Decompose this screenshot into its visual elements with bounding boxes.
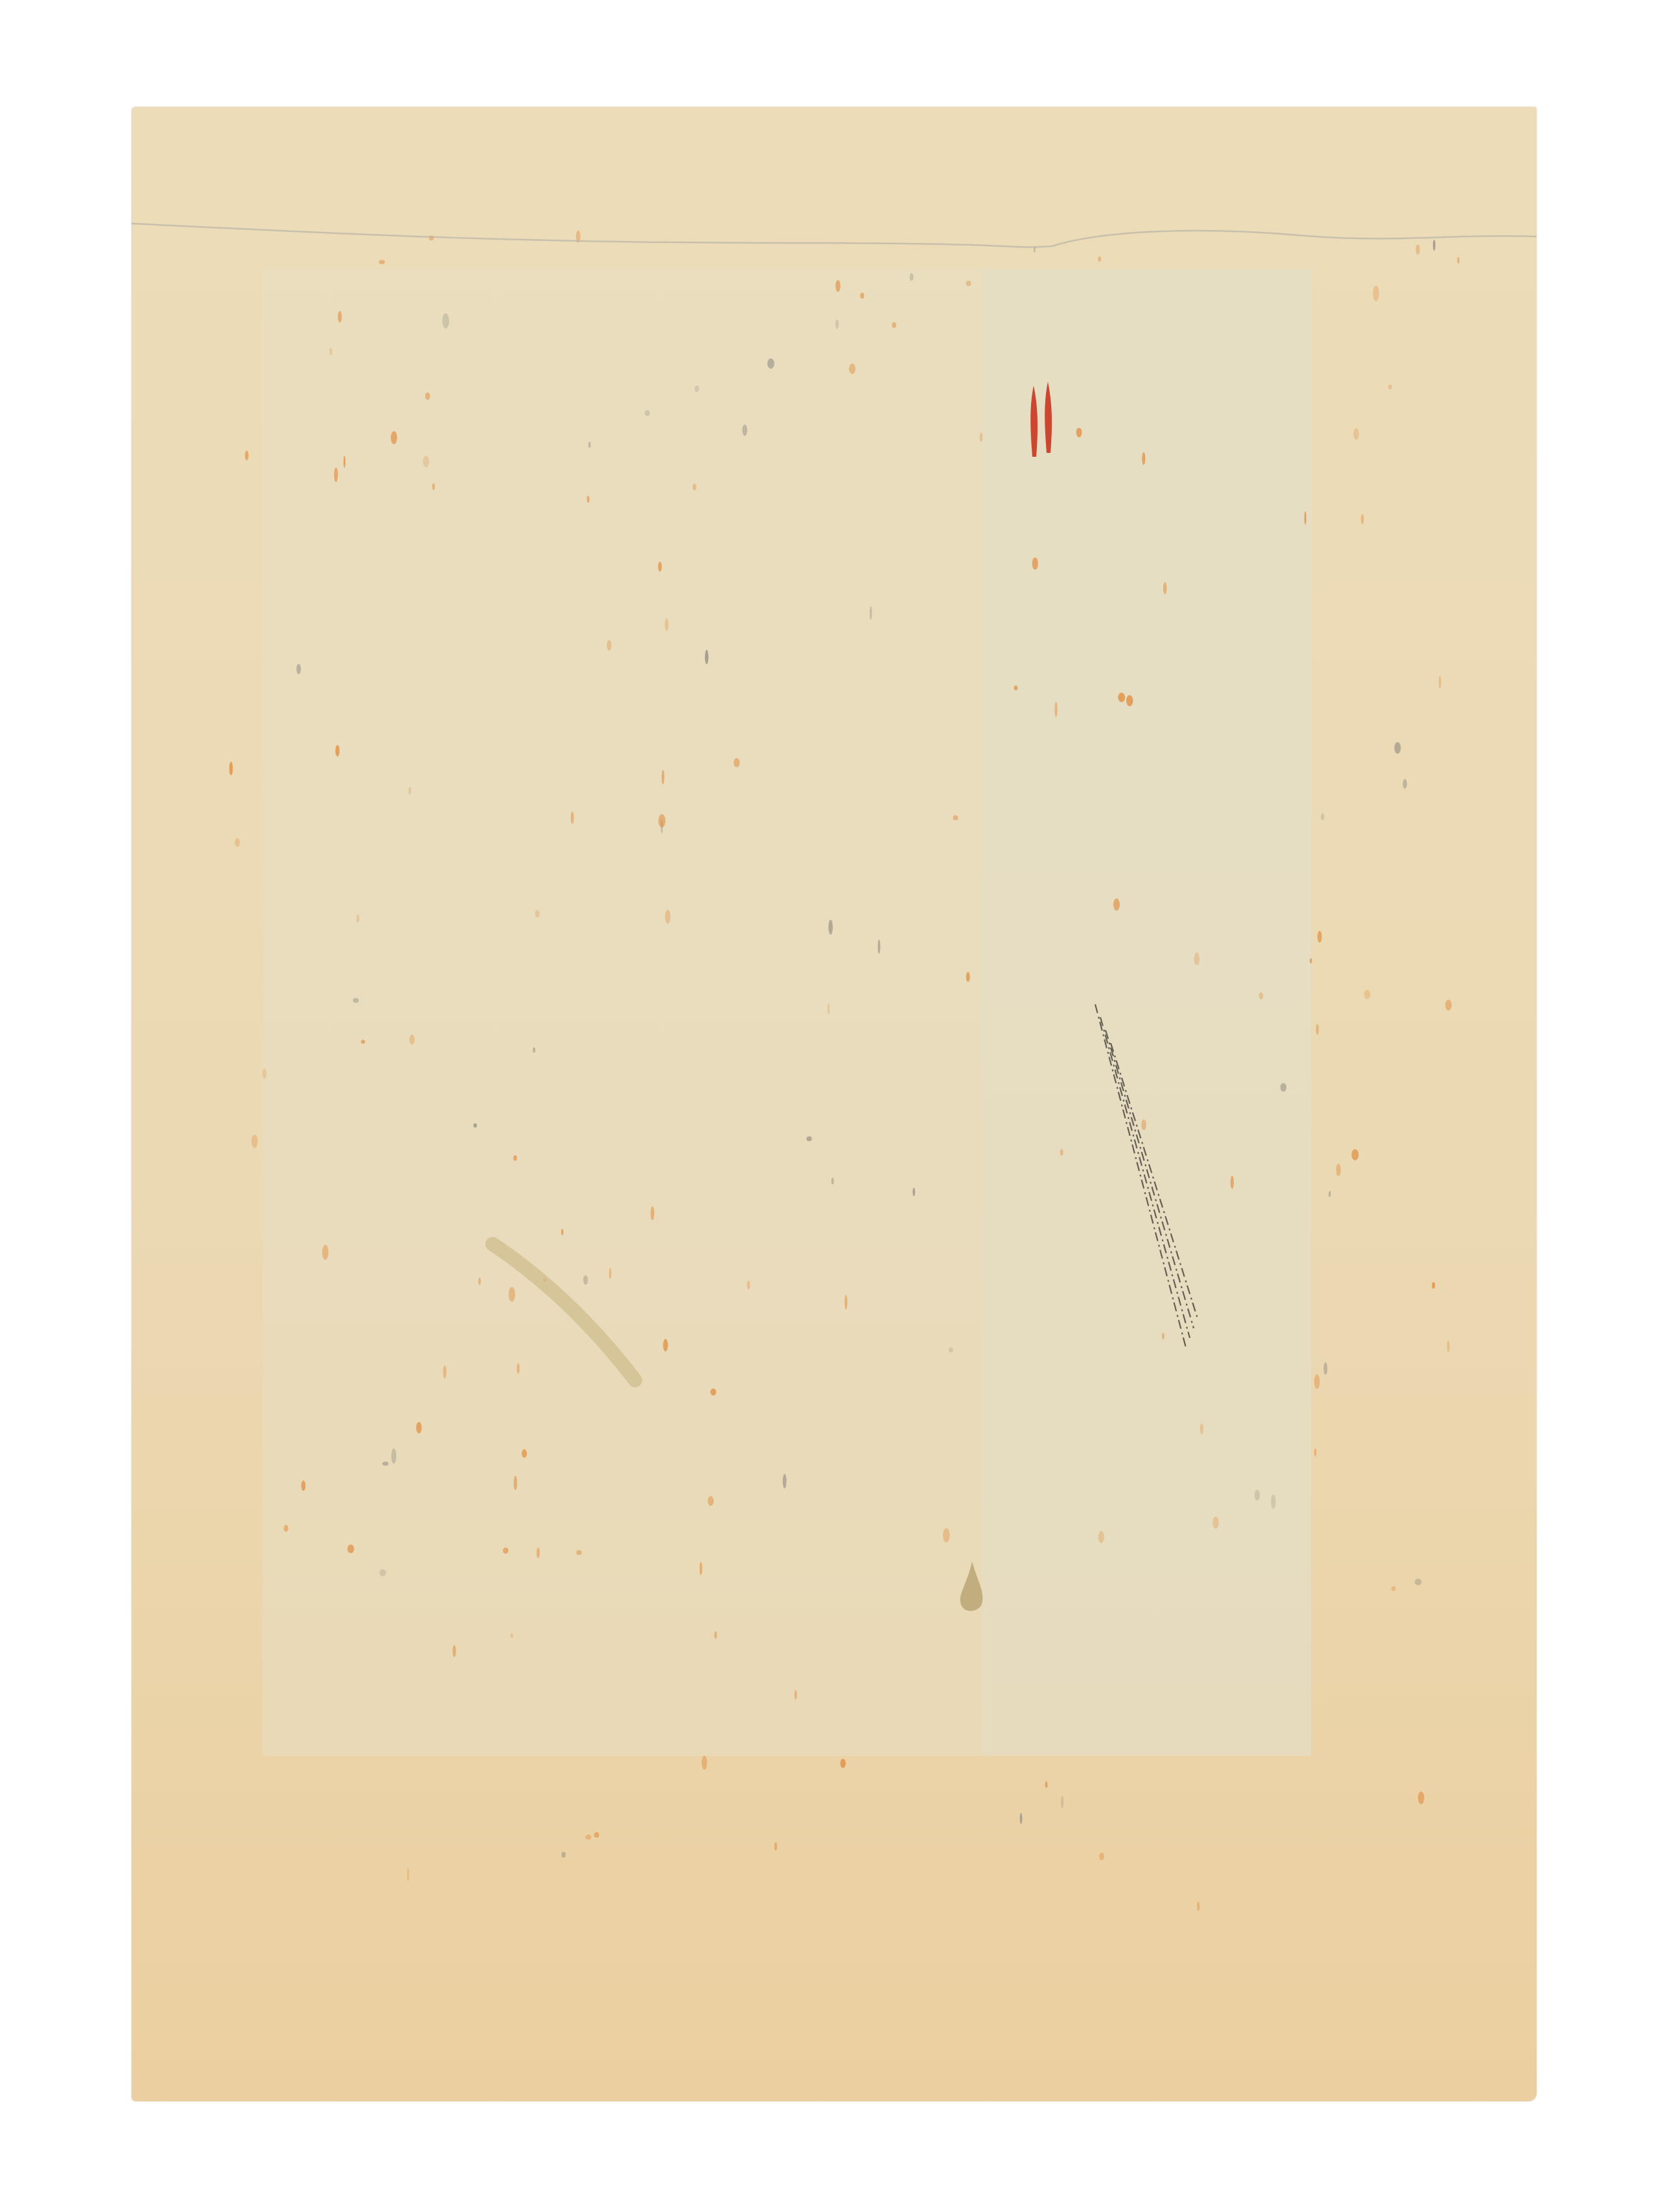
- pencil-strokes: [1095, 1004, 1198, 1348]
- paper-crease: [132, 224, 1537, 247]
- image-description: Back side of an aged cream-colored card …: [0, 0, 1, 1]
- paper-marks-overlay: [132, 107, 1537, 2101]
- stains: [493, 1244, 982, 1611]
- paper-card: [132, 107, 1537, 2101]
- red-ink-marks: [1030, 382, 1052, 457]
- foxing-spots: [229, 231, 1459, 1911]
